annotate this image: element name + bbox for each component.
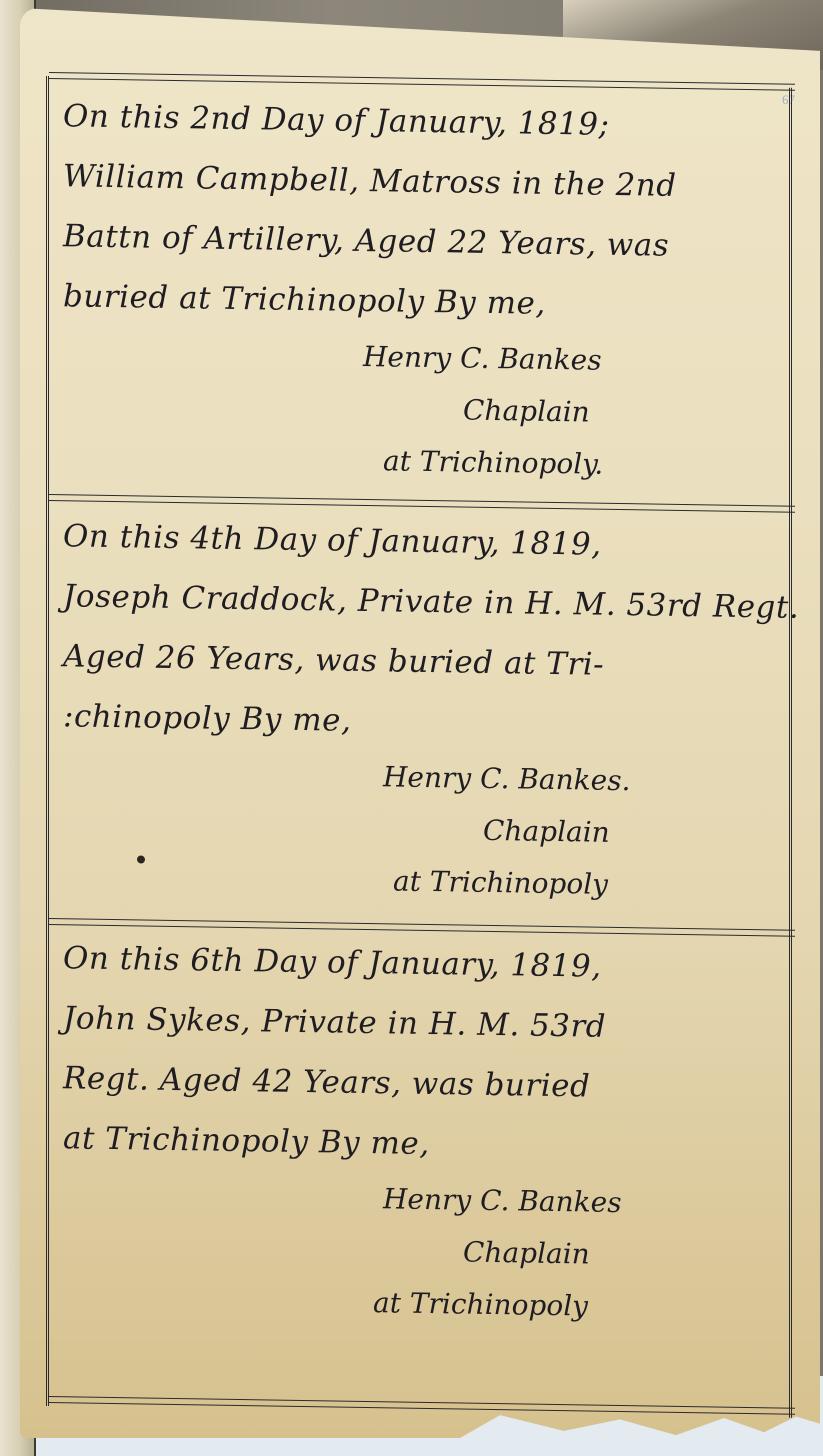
signature-place: at Trichinopoly xyxy=(63,1272,779,1335)
entry-line: On this 2nd Day of January, 1819; xyxy=(63,86,779,157)
photo-scene: 67 On this 2nd Day of January, 1819; Wil… xyxy=(0,0,823,1456)
burial-entry-1: On this 2nd Day of January, 1819; Willia… xyxy=(63,86,779,493)
entry-line: Regt. Aged 42 Years, was buried xyxy=(63,1048,779,1119)
burial-entry-3: On this 6th Day of January, 1819, John S… xyxy=(63,928,779,1335)
ink-blot xyxy=(137,855,145,863)
signature-place: at Trichinopoly xyxy=(63,850,779,913)
entry-line: Joseph Craddock, Private in H. M. 53rd R… xyxy=(63,566,779,637)
entry-line: On this 4th Day of January, 1819, xyxy=(63,506,779,577)
entry-line: buried at Trichinopoly By me, xyxy=(63,266,779,337)
entry-line: :chinopoly By me, xyxy=(63,686,779,757)
register-page: 67 On this 2nd Day of January, 1819; Wil… xyxy=(20,8,820,1438)
burial-entry-2: On this 4th Day of January, 1819, Joseph… xyxy=(63,506,779,913)
entry-line: John Sykes, Private in H. M. 53rd xyxy=(63,988,779,1059)
bottom-double-rule xyxy=(49,1396,795,1415)
entry-line: at Trichinopoly By me, xyxy=(63,1108,779,1179)
signature-place: at Trichinopoly. xyxy=(63,430,779,493)
entry-line: Battn of Artillery, Aged 22 Years, was xyxy=(63,206,779,277)
ruled-frame: On this 2nd Day of January, 1819; Willia… xyxy=(46,76,792,1418)
entry-line: William Campbell, Matross in the 2nd xyxy=(63,146,779,217)
entry-line: Aged 26 Years, was buried at Tri- xyxy=(63,626,779,697)
entry-line: On this 6th Day of January, 1819, xyxy=(63,928,779,999)
